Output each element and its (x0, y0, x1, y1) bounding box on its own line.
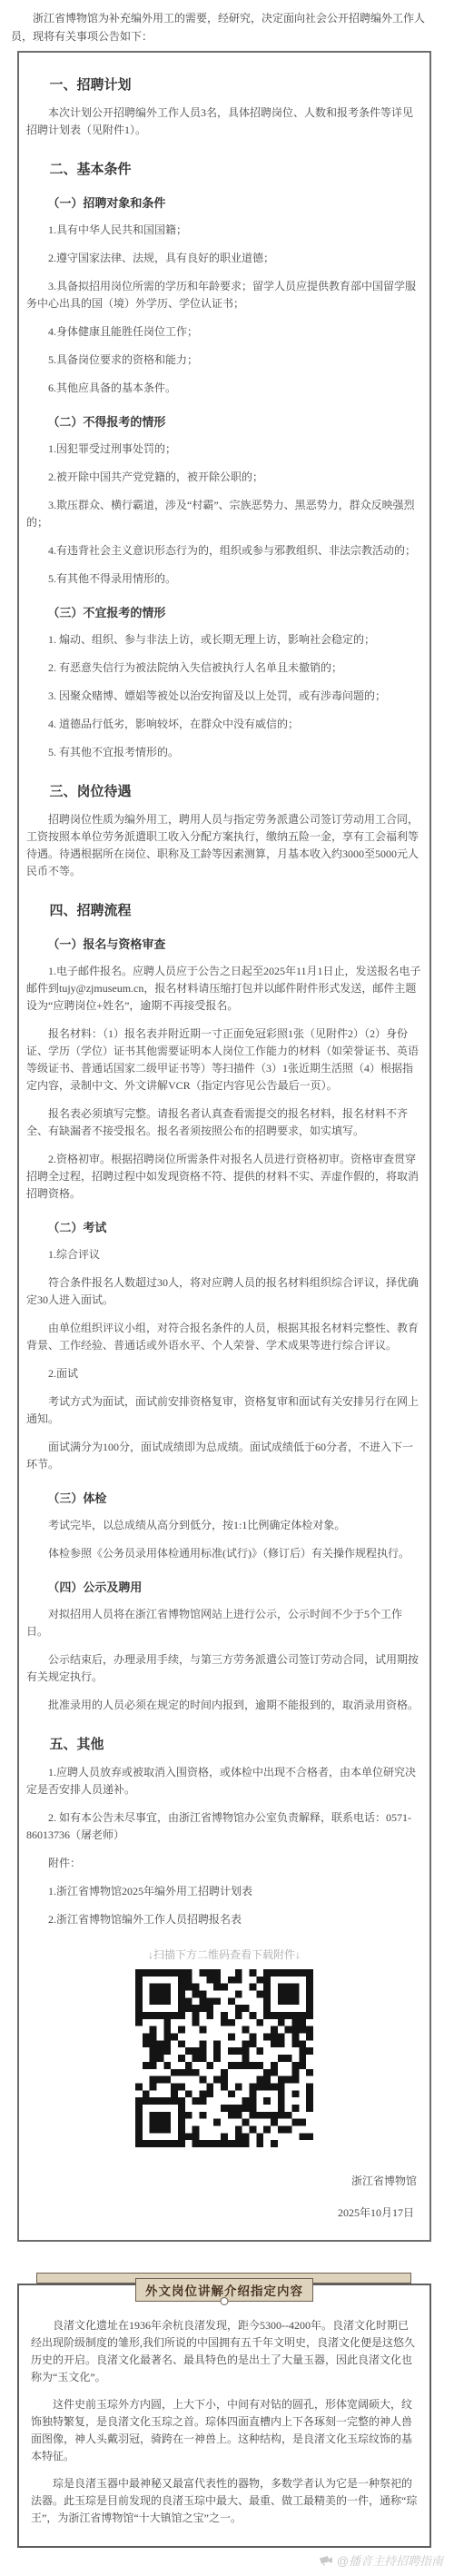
qr-code (135, 1969, 313, 2147)
paragraph: 5. 有其他不宜报考情形的。 (26, 744, 422, 761)
subsection-heading: （一）报名与资格审查 (26, 935, 422, 952)
paragraph: 1.应聘人员放弃或被取消入围资格，或体检中出现不合格者，由本单位研究决定是否安排… (26, 1764, 422, 1798)
watermark-text: @播音主持招聘指南 (337, 2551, 443, 2569)
paragraph: 2.资格初审。根据招聘岗位所需条件对报名人员进行资格初审。资格审查贯穿招聘全过程… (26, 1151, 422, 1203)
paragraph: 本次计划公开招聘编外工作人员3名，具体招聘岗位、人数和报考条件等详见招聘计划表（… (26, 104, 422, 139)
subsection-heading: （三）体检 (26, 1489, 422, 1506)
paragraph: 由单位组织评议小组，对符合报名条件的人员，根据其报名材料完整性、教育背景、工作经… (26, 1320, 422, 1354)
section-heading: 二、基本条件 (26, 159, 422, 178)
paragraph: 批准录用的人员必须在规定的时间内报到，逾期不能报到的，取消录用资格。 (26, 1697, 422, 1714)
paragraph: 3.具备拟招用岗位所需的学历和年龄要求；留学人员应提供教育部中国留学服务中心出具… (26, 278, 422, 312)
paragraph: 3.欺压群众、横行霸道，涉及“村霸”、宗族恶势力、黑恶势力，群众反映强烈的； (26, 497, 422, 531)
paragraph: 招聘岗位性质为编外用工，聘用人员与指定劳务派遣公司签订劳动用工合同，工资按照本单… (26, 811, 422, 880)
issuer-signature: 浙江省博物馆 (32, 2173, 417, 2188)
paragraph: 考试完毕，以总成绩从高分到低分，按1:1比例确定体检对象。 (26, 1517, 422, 1534)
section-heading: 一、招聘计划 (26, 74, 422, 94)
paragraph: 2. 有恶意失信行为被法院纳入失信被执行人名单且未撤销的； (26, 659, 422, 677)
paragraph: 2. 如有本公告未尽事宜，由浙江省博物馆办公室负责解释，联系电话：0571-86… (26, 1809, 422, 1844)
paragraph: 报名材料：（1）报名表并附近期一寸正面免冠彩照1张（见附件2）（2）身份证、学历… (26, 1025, 422, 1095)
subsection-heading: （一）招聘对象和条件 (26, 193, 422, 211)
paragraph: 公示结束后，办理录用手续，与第三方劳务派遣公司签订劳动合同，试用期按有关规定执行… (26, 1651, 422, 1686)
paragraph: 3. 因聚众赌博、嫖娼等被处以治安拘留及以上处罚，或有涉毒问题的； (26, 688, 422, 705)
paragraph: 4. 道德品行低劣，影响较坏，在群众中没有威信的； (26, 716, 422, 733)
paragraph: 符合条件报名人数超过30人，将对应聘人员的报名材料组织综合评议，择优确定30人进… (26, 1274, 422, 1309)
paragraph: 考试方式为面试，面试前安排资格复审，资格复审和面试有关安排另行在网上通知。 (26, 1393, 422, 1428)
paragraph: 1.综合评议 (26, 1246, 422, 1263)
section-heading: 五、其他 (26, 1734, 422, 1753)
paragraph: 4.有违背社会主义意识形态行为的，组织或参与邪教组织、非法宗教活动的； (26, 542, 422, 560)
paragraph: 报名表必须填写完整。请报名者认真查看需提交的报名材料，报名材料不齐全、有缺漏者不… (26, 1105, 422, 1140)
appendix-section: 外文岗位讲解介绍指定内容 良渚文化遗址在1936年余杭良渚发现，距今5300--… (17, 2284, 431, 2548)
watermark: @播音主持招聘指南 (0, 2551, 443, 2569)
qr-scan-hint: ↓扫描下方二维码查看下载附件↓ (26, 1947, 422, 1962)
issue-date: 2025年10月17日 (35, 2204, 414, 2220)
paragraph: 6.其他应具备的基本条件。 (26, 380, 422, 397)
paragraph: 1.具有中华人民共和国国籍； (26, 222, 422, 239)
paragraph: 1.因犯罪受过刑事处罚的； (26, 441, 422, 458)
announcement-body: 一、招聘计划本次计划公开招聘编外工作人员3名，具体招聘岗位、人数和报考条件等详见… (26, 74, 422, 2220)
paragraph: 1. 煽动、组织、参与非法上访，或长期无理上访，影响社会稳定的； (26, 631, 422, 649)
appendix-title: 外文岗位讲解介绍指定内容 (145, 2284, 303, 2298)
paragraph: 1.电子邮件报名。应聘人员应于公告之日起至2025年11月1日止，发送报名电子邮… (26, 963, 422, 1015)
appendix-body: 良渚文化遗址在1936年余杭良渚发现，距今5300--4200年。良渚文化时期已… (31, 2317, 418, 2527)
appendix-title-tab: 外文岗位讲解介绍指定内容 (135, 2278, 313, 2302)
subsection-heading: （二）不得报考的情形 (26, 412, 422, 430)
paragraph: 5.具备岗位要求的资格和能力； (26, 352, 422, 369)
appendix-paragraph: 良渚文化遗址在1936年余杭良渚发现，距今5300--4200年。良渚文化时期已… (31, 2317, 418, 2386)
appendix-paragraph: 这件史前玉琮外方内圆，上大下小，中间有对钻的圆孔，形体宽阔硕大，纹饰独特繁复，是… (31, 2396, 418, 2465)
subsection-heading: （二）考试 (26, 1218, 422, 1235)
paragraph: 4.身体健康且能胜任岗位工作； (26, 323, 422, 341)
subsection-heading: （四）公示及聘用 (26, 1578, 422, 1595)
paragraph: 5.有其他不得录用情形的。 (26, 570, 422, 588)
paragraph: 面试满分为100分，面试成绩即为总成绩。面试成绩低于60分者，不进入下一环节。 (26, 1439, 422, 1473)
paragraph: 附件： (26, 1855, 422, 1872)
section-heading: 三、岗位待遇 (26, 781, 422, 800)
intro-paragraph: 浙江省博物馆为补充编外用工的需要，经研究，决定面向社会公开招聘编外工作人员，现将… (11, 9, 442, 45)
section-heading: 四、招聘流程 (26, 900, 422, 919)
camera-icon (319, 2555, 333, 2566)
subsection-heading: （三）不宜报考的情形 (26, 603, 422, 620)
paragraph: 2.面试 (26, 1365, 422, 1382)
paragraph: 对拟招用人员将在浙江省博物馆网站上进行公示，公示时间不少于5个工作日。 (26, 1606, 422, 1640)
appendix-box: 外文岗位讲解介绍指定内容 良渚文化遗址在1936年余杭良渚发现，距今5300--… (17, 2284, 431, 2548)
paragraph: 2.遵守国家法律、法规，具有良好的职业道德； (26, 250, 422, 267)
announcement-long-image: 浙江省博物馆为补充编外用工的需要，经研究，决定面向社会公开招聘编外工作人员，现将… (0, 0, 454, 2576)
paragraph: 2.浙江省博物馆编外工作人员招聘报名表 (26, 1911, 422, 1928)
appendix-paragraph: 琮是良渚玉器中最神秘又最富代表性的器物，多数学者认为它是一种祭祀的法器。此玉琮是… (31, 2475, 418, 2527)
paragraph: 2.被开除中国共产党党籍的，被开除公职的； (26, 469, 422, 486)
paragraph: 1.浙江省博物馆2025年编外用工招聘计划表 (26, 1883, 422, 1900)
paragraph: 体检参照《公务员录用体检通用标准(试行)》（修订后）有关操作规程执行。 (26, 1545, 422, 1562)
announcement-box: 一、招聘计划本次计划公开招聘编外工作人员3名，具体招聘岗位、人数和报考条件等详见… (17, 51, 431, 2242)
